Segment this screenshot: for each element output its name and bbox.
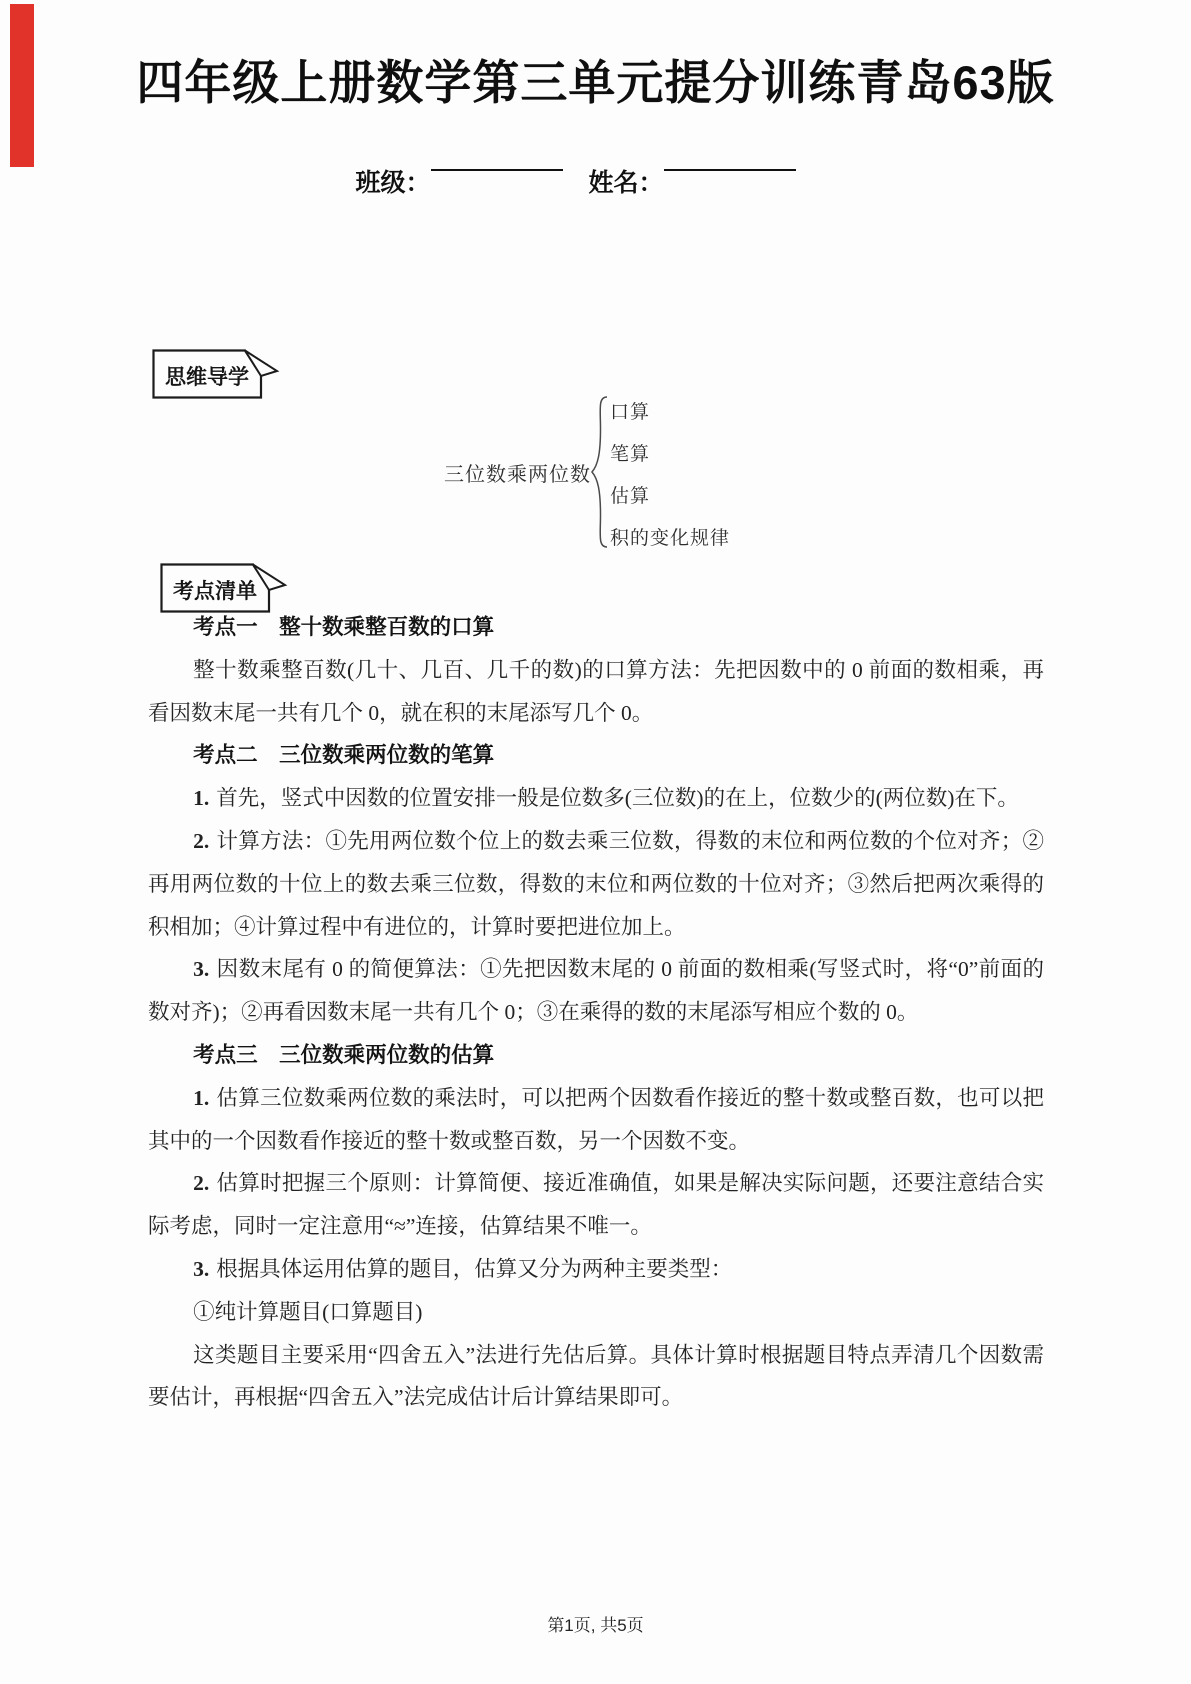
section-paragraph: 3.因数末尾有 0 的简便算法：①先把因数末尾的 0 前面的数相乘(写竖式时，将… [148, 948, 1044, 1034]
paragraph-text: 整十数乘整百数(几十、几百、几千的数)的口算方法：先把因数中的 0 前面的数相乘… [148, 658, 1044, 725]
section-paragraph: 整十数乘整百数(几十、几百、几千的数)的口算方法：先把因数中的 0 前面的数相乘… [148, 649, 1044, 735]
section-heading: 考点二 三位数乘两位数的笔算 [148, 734, 1044, 777]
paragraph-number: 2. [193, 1171, 209, 1195]
paragraph-number: 3. [193, 1257, 209, 1281]
section-paragraph: ①纯计算题目(口算题目) [148, 1291, 1044, 1334]
paragraph-text: 计算方法：①先用两位数个位上的数去乘三位数，得数的末位和两位数的个位对齐；②再用… [148, 829, 1044, 939]
section-paragraph: 1.估算三位数乘两位数的乘法时，可以把两个因数看作接近的整十数或整百数，也可以把… [148, 1077, 1044, 1163]
section-paragraph: 这类题目主要采用“四舍五入”法进行先估后算。具体计算时根据题目特点弄清几个因数需… [148, 1334, 1044, 1420]
page-title: 四年级上册数学第三单元提分训练青岛63版 [0, 46, 1191, 113]
page-number: 第1页, 共5页 [0, 1611, 1191, 1636]
class-name-line: 班级： 姓名： [0, 163, 1191, 199]
mindmap-callout-box: 思维导学 [152, 349, 280, 399]
mindmap-branch: 笔算 [610, 434, 650, 476]
section-heading: 考点一 整十数乘整百数的口算 [148, 606, 1044, 649]
paragraph-text: 因数末尾有 0 的简便算法：①先把因数末尾的 0 前面的数相乘(写竖式时，将“0… [148, 957, 1044, 1024]
mindmap-box-label: 思维导学 [165, 365, 249, 389]
paragraph-number: 2. [193, 829, 209, 853]
mindmap-root-node: 三位数乘两位数 [444, 458, 591, 487]
name-blank-line [664, 165, 796, 171]
worksheet-page: 四年级上册数学第三单元提分训练青岛63版 班级： 姓名： 思维导学 三位数乘两位… [0, 0, 1191, 1684]
mindmap-branch: 口算 [610, 392, 650, 434]
paragraph-text: ①纯计算题目(口算题目) [193, 1300, 422, 1324]
paragraph-text: 估算三位数乘两位数的乘法时，可以把两个因数看作接近的整十数或整百数，也可以把其中… [148, 1086, 1044, 1153]
mindmap-branch: 估算 [610, 476, 650, 518]
section-paragraph: 2.计算方法：①先用两位数个位上的数去乘三位数，得数的末位和两位数的个位对齐；②… [148, 820, 1044, 948]
section-paragraph: 1.首先，竖式中因数的位置安排一般是位数多(三位数)的在上，位数少的(两位数)在… [148, 777, 1044, 820]
mindmap-branch: 积的变化规律 [610, 518, 730, 560]
paragraph-text: 根据具体运用估算的题目，估算又分为两种主要类型： [216, 1257, 732, 1281]
folded-corner-box-icon: 思维导学 [152, 349, 280, 399]
name-label: 姓名： [589, 169, 664, 197]
paragraph-text: 估算时把握三个原则：计算简便、接近准确值，如果是解决实际问题，还要注意结合实际考… [148, 1171, 1044, 1238]
paragraph-text: 这类题目主要采用“四舍五入”法进行先估后算。具体计算时根据题目特点弄清几个因数需… [148, 1343, 1044, 1410]
class-label: 班级： [355, 169, 430, 197]
section-heading: 考点三 三位数乘两位数的估算 [148, 1034, 1044, 1077]
paragraph-number: 3. [193, 957, 209, 981]
curly-brace-icon [589, 395, 611, 554]
keypoints-box-label: 考点清单 [173, 579, 257, 603]
paragraph-number: 1. [193, 1086, 209, 1110]
paragraph-number: 1. [193, 786, 209, 810]
class-blank-line [431, 165, 563, 171]
section-paragraph: 3.根据具体运用估算的题目，估算又分为两种主要类型： [148, 1248, 1044, 1291]
section-paragraph: 2.估算时把握三个原则：计算简便、接近准确值，如果是解决实际问题，还要注意结合实… [148, 1162, 1044, 1248]
paragraph-text: 首先，竖式中因数的位置安排一般是位数多(三位数)的在上，位数少的(两位数)在下。 [216, 786, 1019, 810]
keypoints-body: 考点一 整十数乘整百数的口算整十数乘整百数(几十、几百、几千的数)的口算方法：先… [148, 606, 1044, 1419]
